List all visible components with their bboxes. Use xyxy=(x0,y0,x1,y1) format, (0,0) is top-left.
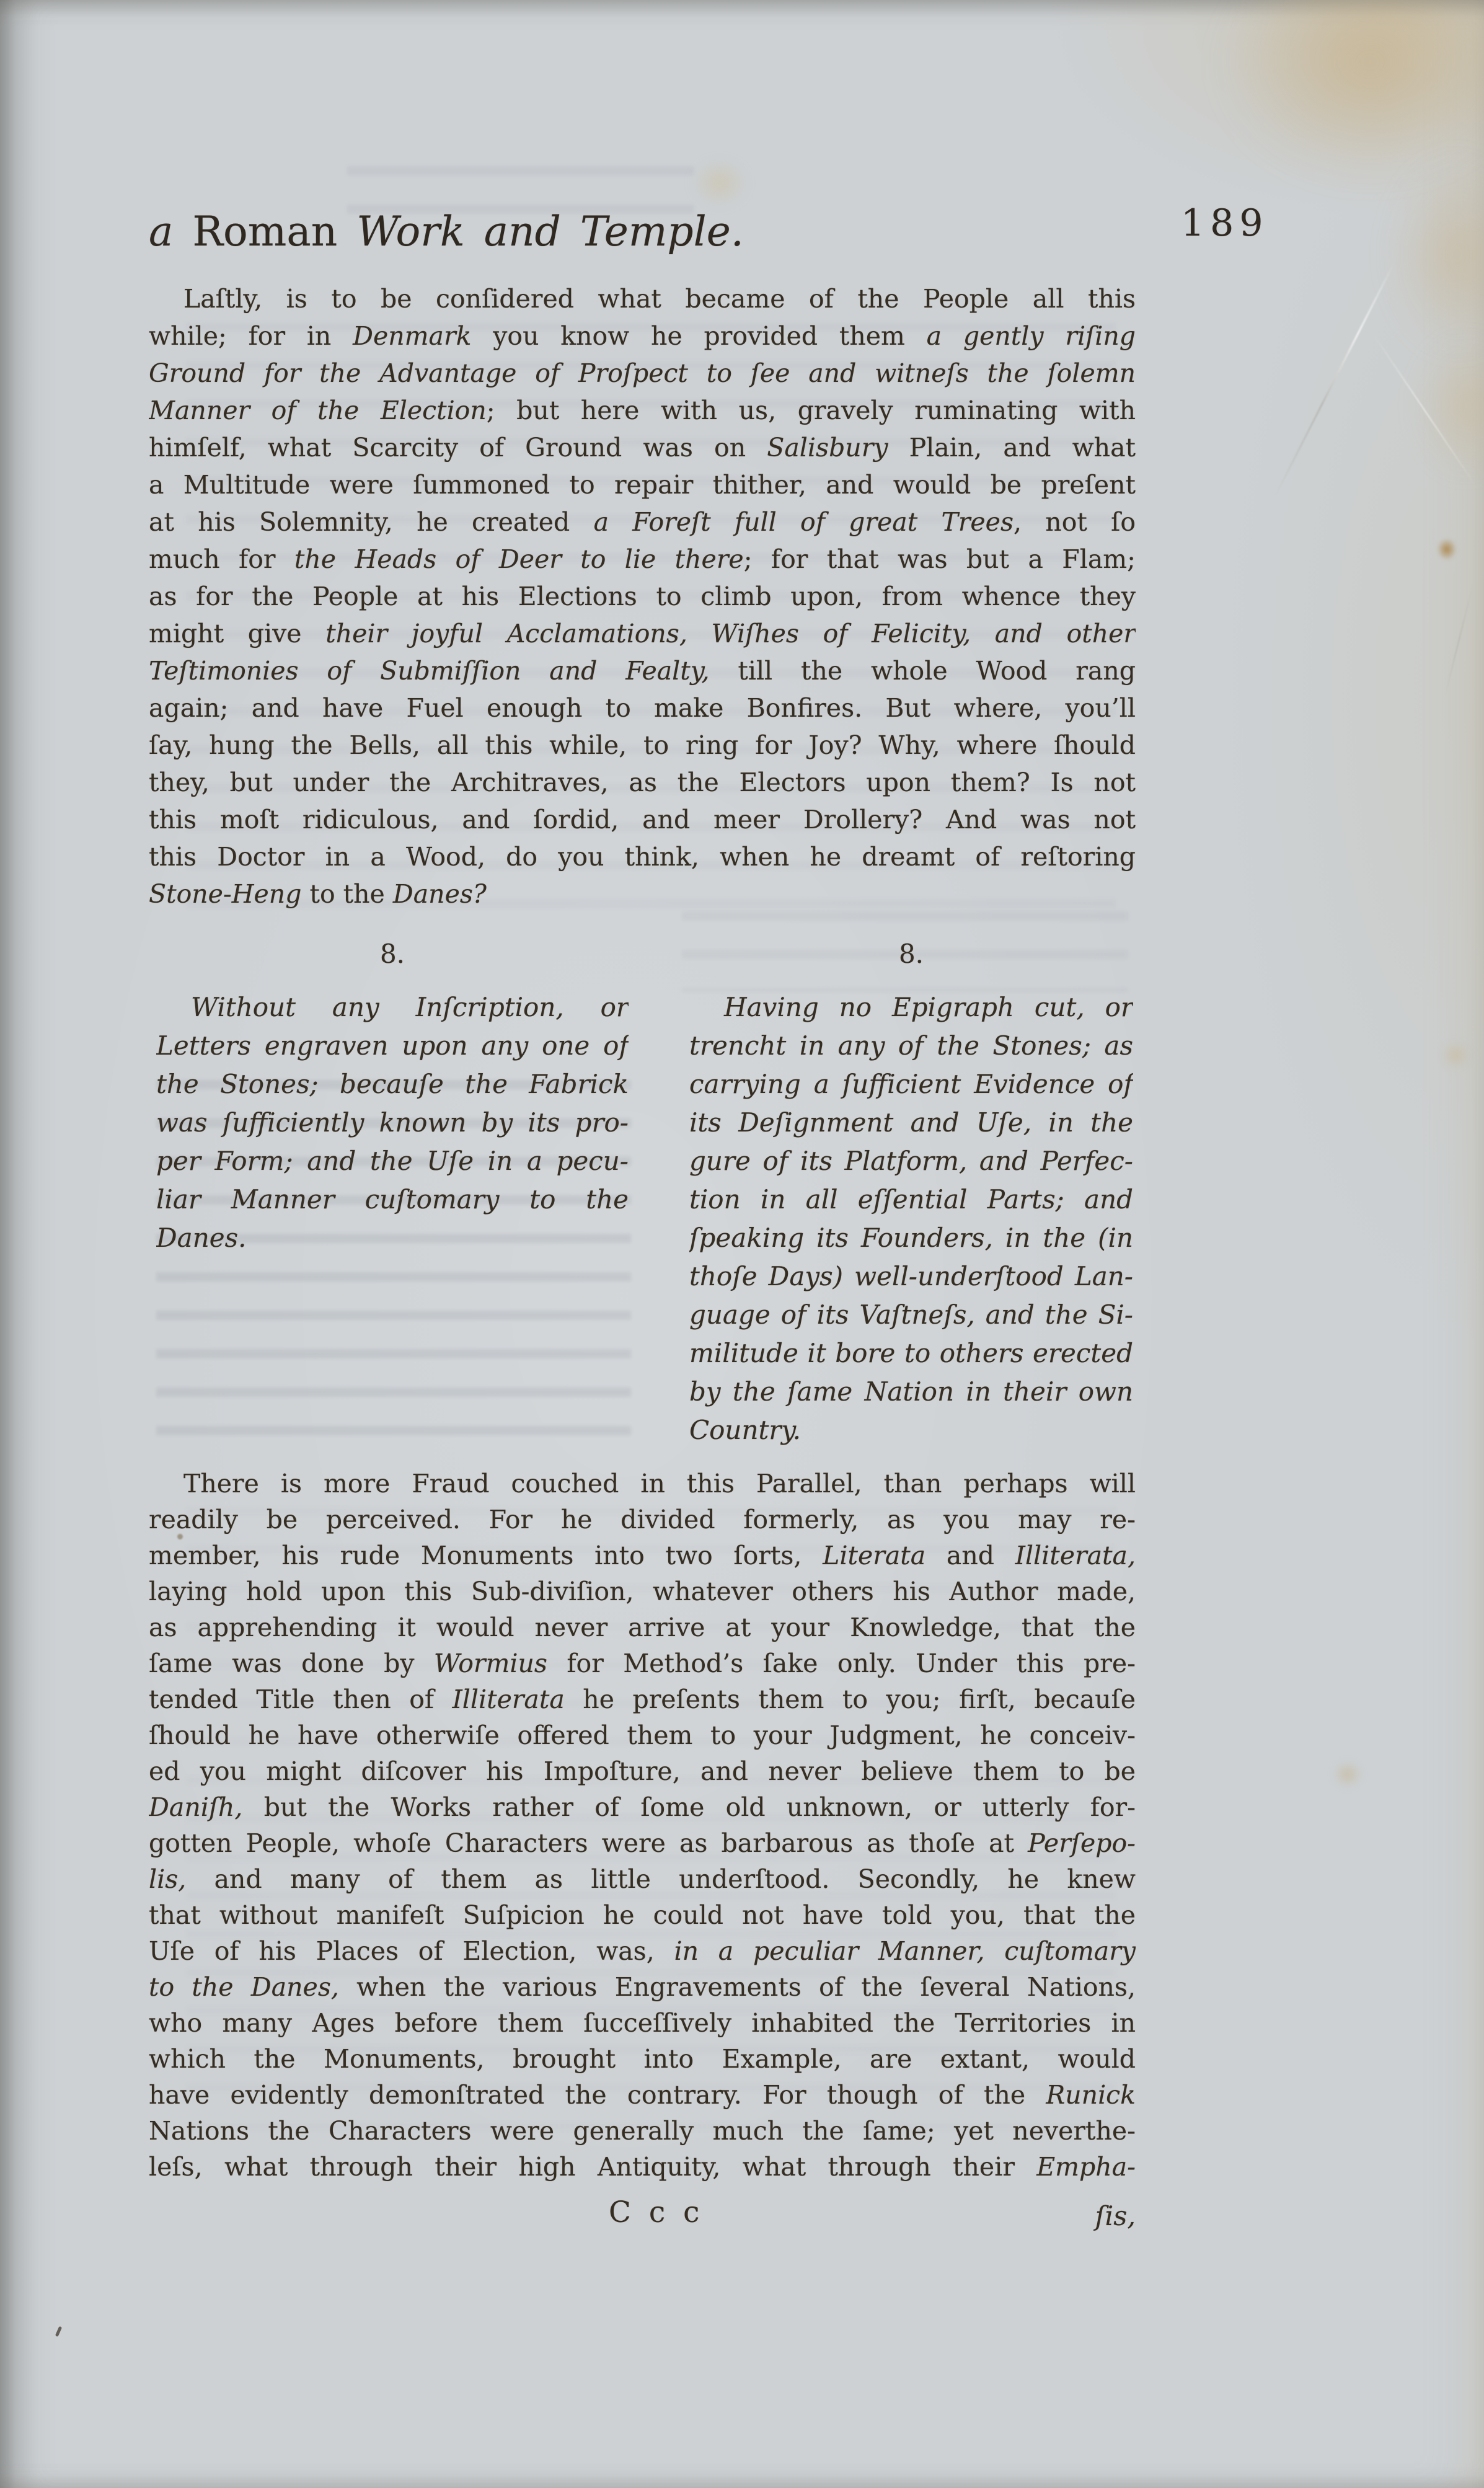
page-number: 189 xyxy=(1181,198,1280,248)
text-line: per Form; and the Uſe in a pecu- xyxy=(156,1142,629,1180)
text-line: that without manifeſt Suſpicion he could… xyxy=(149,1897,1136,1933)
text-line: lis, and many of them as little underſto… xyxy=(149,1861,1136,1897)
paper-crease xyxy=(1273,262,1395,500)
text-line: which the Monuments, brought into Exampl… xyxy=(149,2041,1136,2077)
text-line: ſpeaking its Founders, in the (in xyxy=(689,1219,1133,1257)
text-line: Daniſh, but the Works rather of ſome old… xyxy=(149,1789,1136,1825)
text-line: Stone-Heng to the Danes? xyxy=(149,875,1136,913)
text-line: the Stones; becauſe the Fabrick xyxy=(156,1065,629,1104)
text-line: tended Title then of Illiterata he preſe… xyxy=(149,1681,1136,1717)
text-line: while; for in Denmark you know he provid… xyxy=(149,317,1136,355)
text-line: Having no Epigraph cut, or xyxy=(689,988,1133,1027)
text-line: as for the People at his Elections to cl… xyxy=(149,578,1136,615)
text-line: Danes. xyxy=(156,1219,629,1257)
foxing-stain xyxy=(1221,0,1484,180)
book-page-scan: a Roman Work and Temple. 189 Laſtly, is … xyxy=(0,0,1484,2488)
text-line: a Roman Work and Temple. xyxy=(149,206,1136,258)
section-heading-right: 8. xyxy=(689,935,1133,973)
text-line: its Deſignment and Uſe, in the Fi- xyxy=(689,1104,1133,1142)
foxing-spot xyxy=(1437,538,1457,560)
text-line: carrying a ſufficient Evidence of xyxy=(689,1065,1133,1104)
column-left: Without any Inſcription, orLetters engra… xyxy=(156,988,629,1257)
catchword: ſis, xyxy=(967,2198,1136,2234)
text-line: thoſe Days) well-underſtood Lan- xyxy=(689,1257,1133,1296)
text-line: much for the Heads of Deer to lie there;… xyxy=(149,541,1136,578)
text-line: as apprehending it would never arrive at… xyxy=(149,1609,1136,1645)
column-right: Having no Epigraph cut, ortrencht in any… xyxy=(689,988,1133,1450)
text-line: Laſtly, is to be conſidered what became … xyxy=(149,280,1136,317)
text-line: There is more Fraud couched in this Para… xyxy=(149,1466,1136,1502)
paper-crease xyxy=(1444,585,1473,699)
text-line: militude it bore to others erected xyxy=(689,1334,1133,1373)
text-line: leſs, what through their high Antiquity,… xyxy=(149,2149,1136,2185)
text-line: again; and have Fuel enough to make Bonf… xyxy=(149,689,1136,727)
text-line: trencht in any of the Stones; as xyxy=(689,1027,1133,1065)
text-line: laying hold upon this Sub-diviſion, what… xyxy=(149,1574,1136,1609)
text-line: ed you might diſcover his Impoſture, and… xyxy=(149,1753,1136,1789)
foxing-spot xyxy=(1442,1042,1469,1069)
text-line: Teſtimonies of Submiſſion and Fealty, ti… xyxy=(149,652,1136,689)
text-line: himſelf, what Scarcity of Ground was on … xyxy=(149,429,1136,466)
text-line: ſay, hung the Bells, all this while, to … xyxy=(149,727,1136,764)
text-line: gotten People, whoſe Characters were as … xyxy=(149,1825,1136,1861)
text-line: guage of its Vaſtneſs, and the Si- xyxy=(689,1296,1133,1334)
text-line: to the Danes, when the various Engraveme… xyxy=(149,1969,1136,2005)
paragraph-1: Laſtly, is to be conſidered what became … xyxy=(149,280,1136,913)
text-line: gure of its Platform, and Perfec- xyxy=(689,1142,1133,1180)
foxing-stain xyxy=(1413,335,1484,477)
text-line: Letters engraven upon any one of xyxy=(156,1027,629,1065)
text-line: Country. xyxy=(689,1411,1133,1450)
text-line: ſame was done by Wormius for Method’s ſa… xyxy=(149,1645,1136,1681)
text-line: might give their joyful Acclamations, Wi… xyxy=(149,615,1136,652)
text-line: Nations the Characters were generally mu… xyxy=(149,2113,1136,2149)
text-line: Ground for the Advantage of Proſpect to … xyxy=(149,355,1136,392)
paragraph-2: There is more Fraud couched in this Para… xyxy=(149,1466,1136,2185)
text-line: ſhould he have otherwiſe offered them to… xyxy=(149,1717,1136,1753)
text-line: they, but under the Architraves, as the … xyxy=(149,764,1136,801)
ink-speck xyxy=(55,2326,62,2337)
text-line: this moſt ridiculous, and ſordid, and me… xyxy=(149,801,1136,838)
text-line: member, his rude Monuments into two ſort… xyxy=(149,1538,1136,1574)
text-line: by the ſame Nation in their own xyxy=(689,1373,1133,1411)
text-line: a Multitude were ſummoned to repair thit… xyxy=(149,466,1136,503)
text-line: Without any Inſcription, or xyxy=(156,988,629,1027)
signature-mark: C c c xyxy=(609,2195,745,2231)
text-line: this Doctor in a Wood, do you think, whe… xyxy=(149,838,1136,875)
text-line: who many Ages before them ſucceſſively i… xyxy=(149,2005,1136,2041)
foxing-stain xyxy=(1389,155,1484,353)
section-heading-left: 8. xyxy=(156,935,629,973)
running-title: a Roman Work and Temple. xyxy=(149,206,1136,258)
text-line: Uſe of his Places of Election, was, in a… xyxy=(149,1933,1136,1969)
text-line: liar Manner cuſtomary to the xyxy=(156,1180,629,1219)
text-line: was ſufficiently known by its pro- xyxy=(156,1104,629,1142)
text-line: readily be perceived. For he divided for… xyxy=(149,1502,1136,1538)
text-line: at his Solemnity, he created a Foreſt fu… xyxy=(149,503,1136,541)
text-line: tion in all eſſential Parts; and xyxy=(689,1180,1133,1219)
text-line: have evidently demonſtrated the contrary… xyxy=(149,2077,1136,2113)
foxing-spot xyxy=(693,160,746,206)
foxing-spot xyxy=(1334,1762,1361,1787)
text-line: Manner of the Election; but here with us… xyxy=(149,392,1136,429)
